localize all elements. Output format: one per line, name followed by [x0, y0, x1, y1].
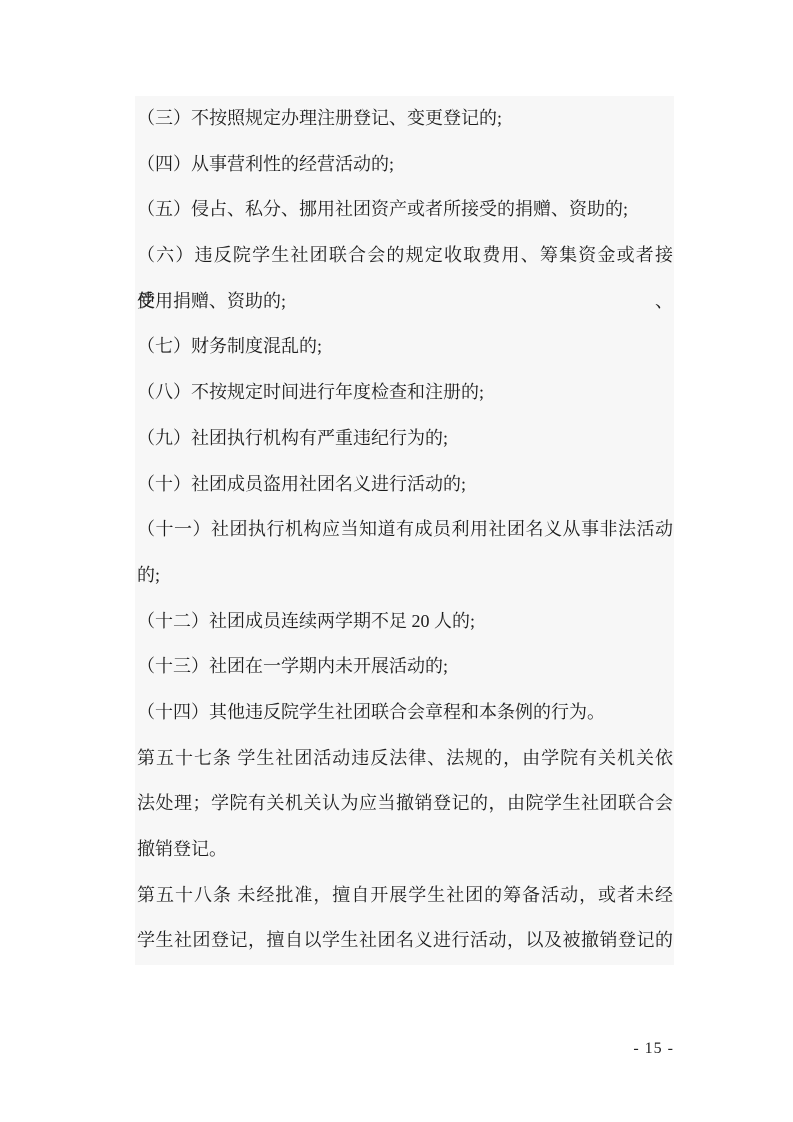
text-line: 第五十七条 学生社团活动违反法律、法规的，由学院有关机关依	[137, 736, 673, 782]
text-line: （七）财务制度混乱的;	[137, 324, 673, 370]
text-line: （五）侵占、私分、挪用社团资产或者所接受的捐赠、资助的;	[137, 187, 673, 233]
text-line: （九）社团执行机构有严重违纪行为的;	[137, 416, 673, 462]
text-line: 第五十八条 未经批准，擅自开展学生社团的筹备活动，或者未经	[137, 873, 673, 919]
text-line: 的;	[137, 553, 673, 599]
text-line: 撤销登记。	[137, 827, 673, 873]
text-line: （三）不按照规定办理注册登记、变更登记的;	[137, 96, 673, 142]
text-line: （十二）社团成员连续两学期不足 20 人的;	[137, 599, 673, 645]
text-line: （十四）其他违反院学生社团联合会章程和本条例的行为。	[137, 690, 673, 736]
text-line: （四）从事营利性的经营活动的;	[137, 142, 673, 188]
text-line: 法处理；学院有关机关认为应当撤销登记的，由院学生社团联合会	[137, 781, 673, 827]
text-line: 学生社团登记，擅自以学生社团名义进行活动，以及被撤销登记的	[137, 918, 673, 964]
text-line: （十一）社团执行机构应当知道有成员利用社团名义从事非法活动	[137, 507, 673, 553]
page-number: - 15 -	[135, 1039, 674, 1059]
text-line: （六）违反院学生社团联合会的规定收取费用、筹集资金或者接受、	[137, 233, 673, 279]
text-line: （十）社团成员盗用社团名义进行活动的;	[137, 462, 673, 508]
text-line: （八）不按规定时间进行年度检查和注册的;	[137, 370, 673, 416]
text-line: （十三）社团在一学期内未开展活动的;	[137, 644, 673, 690]
document-body: （三）不按照规定办理注册登记、变更登记的; （四）从事营利性的经营活动的; （五…	[135, 96, 674, 965]
document-page: { "colors": { "page_background": "#fffff…	[0, 0, 793, 1122]
